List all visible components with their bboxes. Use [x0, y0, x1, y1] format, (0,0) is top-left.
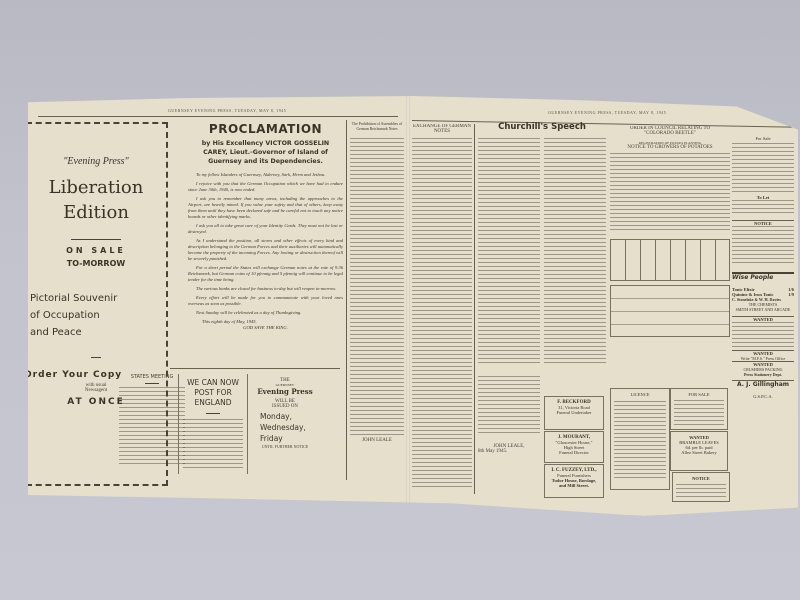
proclamation-sub-2: CAREY, Lieut.-Governor of Island of — [188, 148, 343, 157]
masthead-rule — [38, 116, 398, 117]
proclamation: PROCLAMATION by His Excellency VICTOR GO… — [188, 122, 343, 362]
notice-top-text — [732, 226, 794, 266]
post-line-3: ENGLAND — [179, 398, 247, 408]
notice-bottom-title: NOTICE — [673, 476, 729, 481]
proclamation-p6: For a short period the States will excha… — [188, 265, 343, 283]
proclamation-bottom-rule — [170, 368, 340, 369]
states-meeting-text — [119, 387, 185, 467]
gspca-ad: G.S.P.C.A. — [732, 394, 794, 399]
churchill-continued-text — [478, 376, 540, 436]
side-column: The Prohibition of Assemblies of German … — [350, 122, 404, 482]
post-line-1: WE CAN NOW — [179, 378, 247, 388]
promo-tomorrow: TO-MORROW — [26, 259, 166, 268]
german-notes-column: EXCHANGE OF GERMAN NOTES — [412, 124, 472, 494]
beckford-ad: F. BECKFORD 31, Victoria Road Funeral Un… — [544, 396, 604, 430]
registration-form — [610, 285, 730, 337]
side-column-text — [350, 138, 404, 438]
notice-bottom-text — [676, 484, 726, 498]
post-text — [183, 419, 243, 469]
side-column-signature: JOHN LEALE — [350, 438, 404, 443]
souvenir-line-3: and Peace — [30, 324, 166, 341]
newspaper-spread: GUERNSEY EVENING PRESS, TUESDAY, MAY 8, … — [28, 96, 798, 516]
schedule-until: UNTIL FURTHER NOTICE — [250, 444, 320, 449]
churchill-title: Churchill's Speech — [478, 122, 606, 132]
proclamation-sub-1: by His Excellency VICTOR GOSSELIN — [188, 139, 343, 148]
schedule-issued-on: ISSUED ON — [250, 404, 320, 409]
right-masthead: GUERNSEY EVENING PRESS, TUESDAY, MAY 8, … — [548, 110, 666, 115]
schedule-day-2: Wednesday, — [260, 422, 320, 433]
fuzzey-ad: I. C. FUZZEY, LTD., Funeral Furnishers T… — [544, 464, 604, 498]
proclamation-p9: Next Sunday will be celebrated as a day … — [188, 310, 343, 316]
licence-notice: LICENCE — [610, 388, 670, 490]
center-fold — [406, 96, 410, 516]
souvenir-line-2: of Occupation — [30, 307, 166, 324]
for-sale-ad: FOR SALE — [670, 388, 728, 430]
licence-title: LICENCE — [611, 392, 669, 397]
wanted-1-text — [732, 322, 794, 350]
promo-divider — [71, 239, 121, 240]
churchill-speech: Churchill's Speech — [478, 122, 606, 372]
proclamation-p3: I ask you to remember that many areas, i… — [188, 196, 343, 220]
beetle-text — [610, 153, 730, 233]
schedule-paper-name: Evening Press — [250, 387, 320, 396]
beckford-trade: Funeral Undertaker — [545, 410, 603, 415]
mourant-trade: Funeral Director — [545, 450, 603, 455]
beetle-notice: NOTICE TO GROWERS OF POTATOES — [610, 145, 730, 150]
promo-title-1: Liberation — [26, 177, 166, 198]
souvenir-line-1: Pictorial Souvenir — [30, 290, 166, 307]
smith-street: SMITH STREET AND ARCADE — [732, 307, 794, 312]
promo-divider-2 — [91, 357, 101, 358]
left-masthead: GUERNSEY EVENING PRESS, TUESDAY, MAY 8, … — [168, 108, 286, 113]
proclamation-p8: Every effort will be made for you to com… — [188, 295, 343, 307]
column-rule — [474, 124, 475, 494]
notice-bottom: NOTICE — [672, 472, 730, 502]
bramble-wanted-ad: WANTED BRAMBLE LEAVES 6d. per lb. paid A… — [670, 431, 728, 471]
churchill-col-1 — [478, 138, 540, 363]
quinine-price: 1/9 — [788, 292, 794, 297]
licence-text — [614, 401, 666, 481]
proclamation-p2: I rejoice with you that the German Occup… — [188, 181, 343, 193]
churchill-continued: JOHN LEALE, 8th May 1945. — [478, 376, 540, 486]
wise-people-title: Wise People — [732, 272, 794, 281]
gillingham-ad: A. J. Gillingham — [732, 380, 794, 388]
for-sale-top-title: For Sale — [732, 136, 794, 141]
side-column-title: The Prohibition of Assemblies of German … — [350, 122, 404, 132]
divider — [206, 413, 220, 414]
proclamation-sub-3: Guernsey and its Dependencies. — [188, 157, 343, 166]
mourant-ad: J. MOURANT, "Gloucester House," High Str… — [544, 431, 604, 463]
colorado-beetle-notice: ORDER IN COUNCIL RELATING TO "COLORADO B… — [610, 126, 730, 376]
proclamation-p1: To my fellow Islanders of Guernsey, Alde… — [188, 172, 343, 178]
proclamation-p5: As I understand the position, all stores… — [188, 238, 343, 262]
proclamation-p7: The various banks are closed for busines… — [188, 286, 343, 292]
proclamation-title: PROCLAMATION — [188, 122, 343, 136]
schedule-day-3: Friday — [260, 433, 320, 444]
wanted-2-contact: Write "M.F.S." Press Office — [732, 356, 794, 361]
for-sale-title: FOR SALE — [671, 392, 727, 397]
bramble-bakery: Allez Street Bakery — [671, 450, 727, 455]
column-rule — [346, 120, 347, 480]
promo-quote: "Evening Press" — [26, 156, 166, 167]
schedule-day-1: Monday, — [260, 411, 320, 422]
for-sale-top-text — [732, 143, 794, 193]
post-line-2: POST FOR — [179, 388, 247, 398]
evening-press-schedule: THE GUERNSEY Evening Press WILL BE ISSUE… — [250, 374, 320, 474]
wanted-3-contact: Press Stationery Dept. — [732, 372, 794, 377]
divider — [145, 383, 159, 384]
post-for-england-box: WE CAN NOW POST FOR ENGLAND — [178, 374, 248, 474]
fuzzey-address-2: and Mill Street. — [545, 483, 603, 488]
for-sale-text — [674, 400, 724, 425]
proclamation-closing: GOD SAVE THE KING. — [188, 325, 343, 331]
proclamation-p4: I ask you all to take great care of your… — [188, 223, 343, 235]
beetle-title-2: "COLORADO BEETLE" — [610, 131, 730, 136]
german-notes-title: EXCHANGE OF GERMAN NOTES — [412, 124, 472, 134]
leale-date: 8th May 1945. — [478, 449, 540, 454]
german-notes-text — [412, 138, 472, 488]
promo-on-sale: ON SALE — [26, 246, 166, 255]
churchill-col-2 — [544, 138, 606, 363]
promo-title-2: Edition — [26, 202, 166, 223]
to-let-text — [732, 200, 794, 216]
registration-table — [610, 239, 730, 281]
classifieds-column: For Sale To Let NOTICE Wise People Tonic… — [732, 136, 794, 496]
